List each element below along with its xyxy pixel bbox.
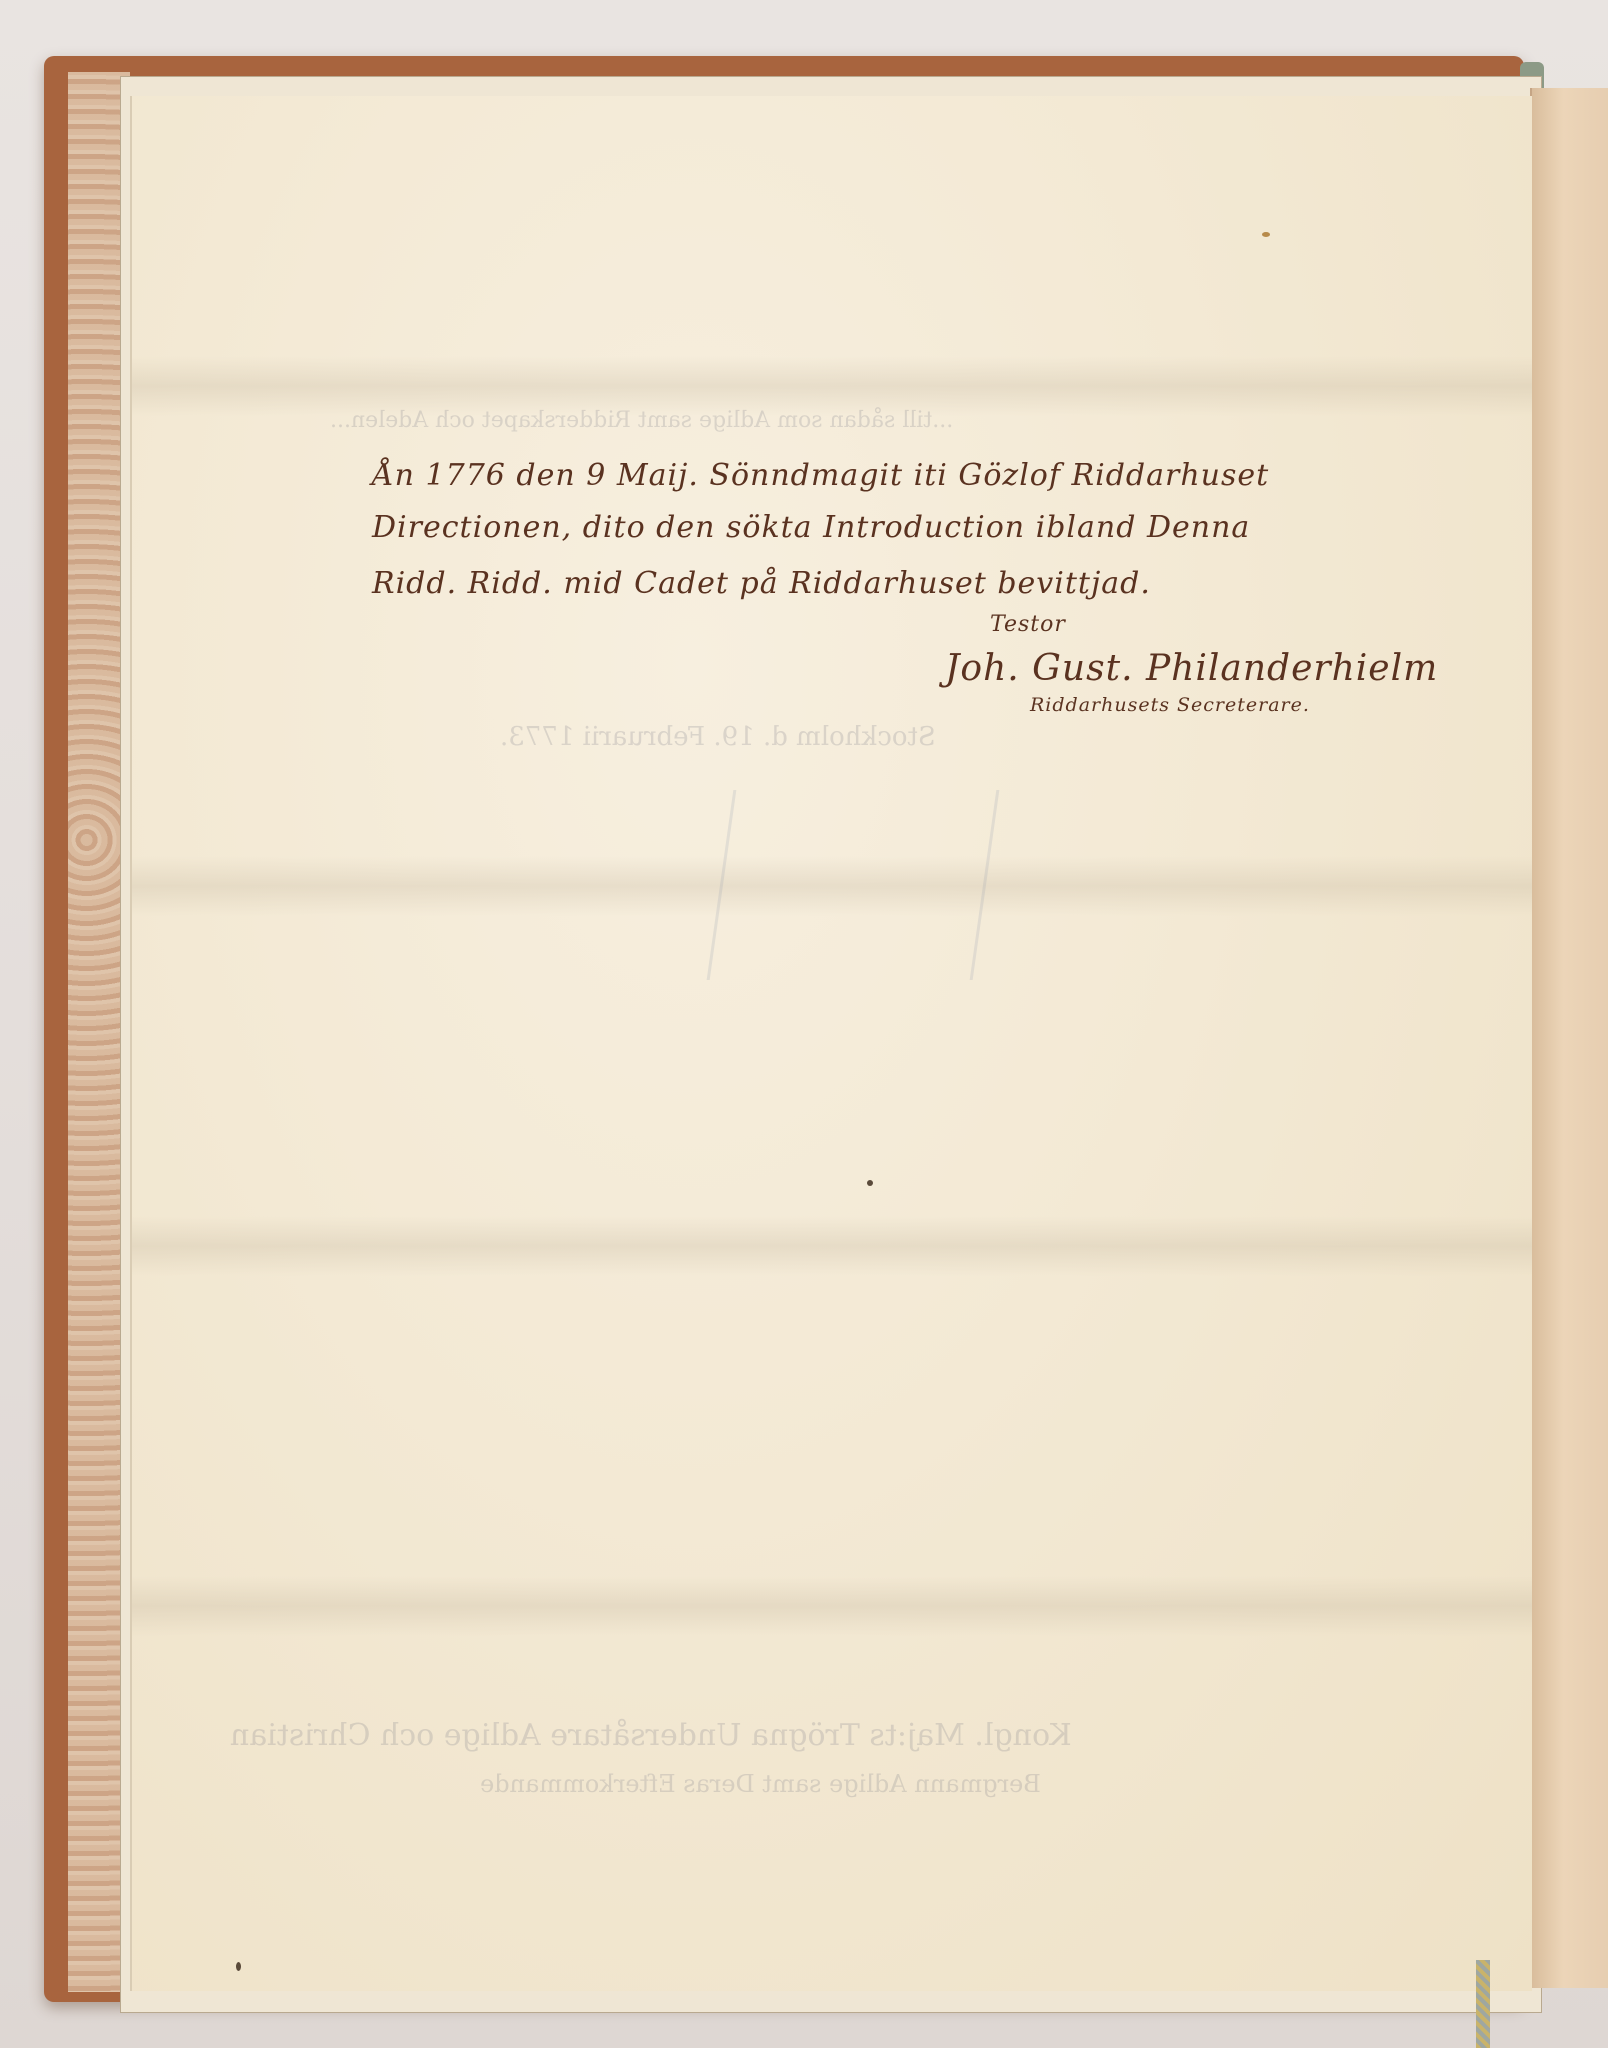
ribbon-bookmark <box>1476 1960 1490 2048</box>
bleed-through-line: Kongl. Maj:ts Trögna Undersåtare Adlige … <box>230 1718 1072 1753</box>
signature: Joh. Gust. Philanderhielm <box>945 648 1438 689</box>
handwritten-line: Directionen, dito den sökta Introduction… <box>372 510 1250 545</box>
bleed-through-line: Bergmann Adlige samt Deras Efterkommande <box>480 1770 1041 1798</box>
stain <box>1262 232 1270 237</box>
ink-speck <box>867 1180 873 1186</box>
manuscript-page <box>130 96 1532 1991</box>
bleed-through-date: Stockholm d. 19. Februarii 1773. <box>500 722 936 752</box>
bleed-through-line: ...till sådan som Adlige samt Ridderskap… <box>330 408 953 433</box>
handwritten-line: Ån 1776 den 9 Maij. Sönndmagit iti Gözlo… <box>372 458 1269 493</box>
signatory-title: Riddarhusets Secreterare. <box>1030 694 1310 716</box>
testor-label: Testor <box>990 612 1066 637</box>
handwritten-line: Ridd. Ridd. mid Cadet på Riddarhuset bev… <box>372 566 1151 601</box>
paper-fold <box>132 1216 1532 1276</box>
paper-fold <box>132 1576 1532 1636</box>
ink-speck <box>236 1962 241 1971</box>
facing-page <box>1530 88 1608 1988</box>
bleed-through-signature <box>707 790 1000 980</box>
paper-fold <box>132 356 1532 416</box>
